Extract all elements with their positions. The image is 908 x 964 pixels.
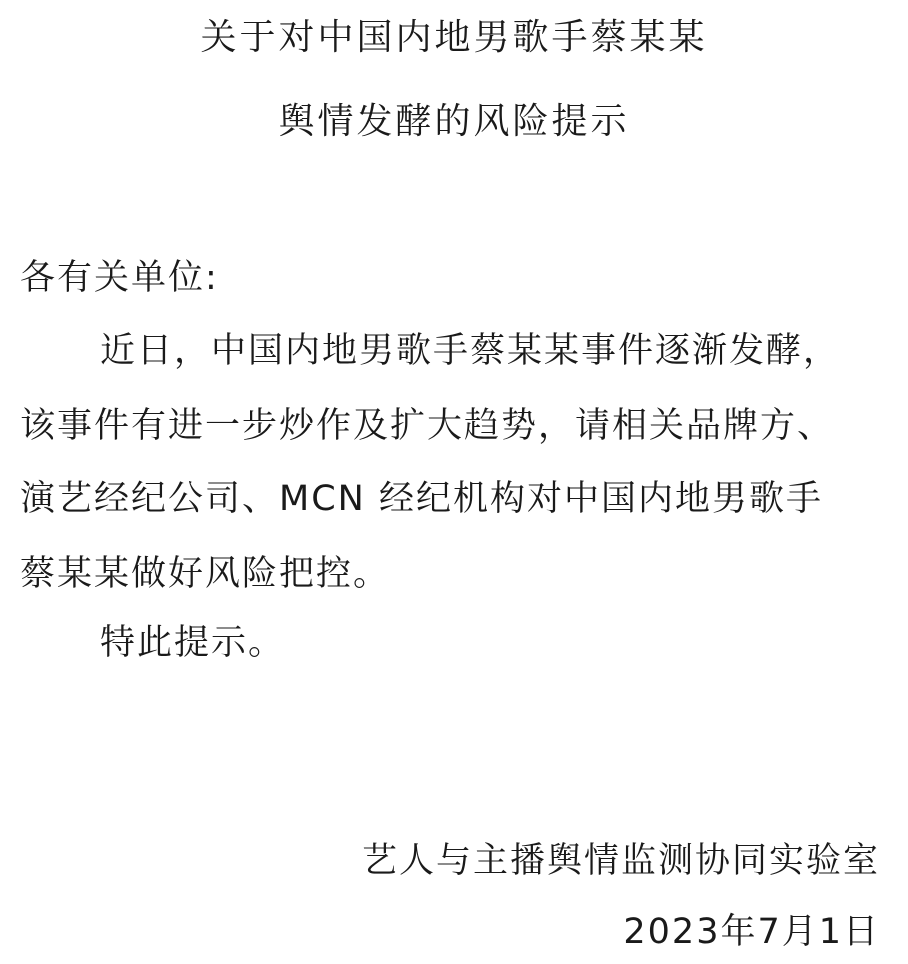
document-title-line-2: 舆情发酵的风险提示 <box>0 100 908 144</box>
body-line-1: 近日，中国内地男歌手蔡某某事件逐渐发酵， <box>100 329 840 373</box>
closing-remark: 特此提示。 <box>100 621 285 665</box>
signature-organization: 艺人与主播舆情监测协同实验室 <box>362 839 880 883</box>
document-title-line-1: 关于对中国内地男歌手蔡某某 <box>0 16 908 60</box>
document-date: 2023年7月1日 <box>623 910 880 954</box>
body-line-4: 蔡某某做好风险把控。 <box>20 552 390 596</box>
body-line-3: 演艺经纪公司、MCN 经纪机构对中国内地男歌手 <box>20 477 823 521</box>
salutation: 各有关单位: <box>20 256 219 300</box>
body-line-2: 该事件有进一步炒作及扩大趋势，请相关品牌方、 <box>20 404 834 448</box>
